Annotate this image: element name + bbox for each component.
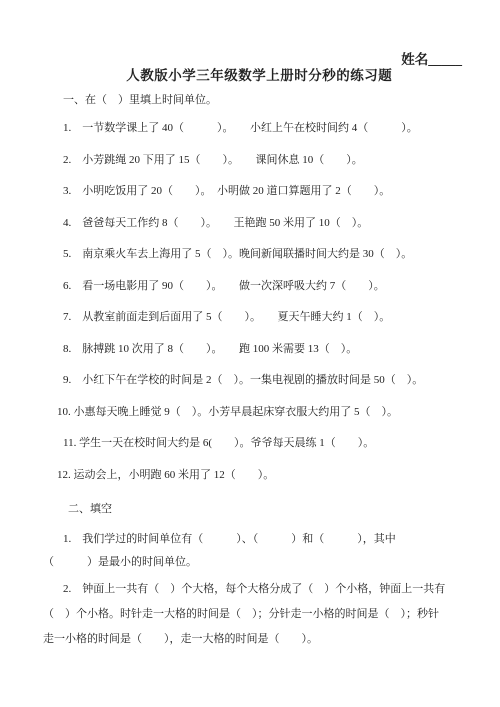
fill-in-question-2: 2. 钟面上一共有（ ）个大格，每个大格分成了（ ）个小格，钟面上一共有 （ ）…	[43, 583, 462, 646]
section-one-heading: 一、在（ ）里填上时间单位。	[63, 94, 462, 107]
fill-in-question-2-line-3: 走一小格的时间是（ ），走一大格的时间是（ ）。	[43, 633, 462, 646]
section-two-heading: 二、填空	[68, 503, 462, 516]
question-line-10: 10. 小惠每天晚上睡觉 9（ ）。小芳早晨起床穿衣服大约用了 5（ ）。	[57, 406, 462, 419]
fill-in-question-1-line-2: （ ）是最小的时间单位。	[43, 556, 462, 569]
name-label: 姓名	[401, 52, 428, 67]
fill-in-question-2-line-1: 2. 钟面上一共有（ ）个大格，每个大格分成了（ ）个小格，钟面上一共有	[63, 583, 462, 596]
question-line-7: 7. 从教室前面走到后面用了 5（ ）。 夏天午睡大约 1（ ）。	[63, 311, 462, 324]
name-blank: _____	[428, 52, 462, 67]
question-line-2: 2. 小芳跳绳 20 下用了 15（ ）。 课间休息 10（ ）。	[63, 154, 462, 167]
section-one-questions: 1. 一节数学课上了 40（ ）。 小红上午在校时间约 4（ ）。 2. 小芳跳…	[43, 122, 462, 482]
title-row: 人教版小学三年级数学上册时分秒的练习题 姓名_____	[43, 52, 462, 68]
name-field: 姓名_____	[401, 52, 462, 68]
question-line-1: 1. 一节数学课上了 40（ ）。 小红上午在校时间约 4（ ）。	[63, 122, 462, 135]
question-line-9: 9. 小红下午在学校的时间是 2（ ）。一集电视剧的播放时间是 50（ ）。	[63, 374, 462, 387]
fill-in-question-2-line-2: （ ）个小格。时针走一大格的时间是（ ）；分针走一小格的时间是（ ）；秒针	[43, 608, 462, 621]
worksheet-page: 人教版小学三年级数学上册时分秒的练习题 姓名_____ 一、在（ ）里填上时间单…	[0, 0, 500, 707]
question-line-6: 6. 看一场电影用了 90（ ）。 做一次深呼吸大约 7（ ）。	[63, 280, 462, 293]
question-line-11: 11. 学生一天在校时间大约是 6( ）。爷爷每天晨练 1（ ）。	[63, 437, 462, 450]
question-line-4: 4. 爸爸每天工作约 8（ ）。 王艳跑 50 米用了 10（ ）。	[63, 217, 462, 230]
page-title: 人教版小学三年级数学上册时分秒的练习题	[126, 68, 392, 83]
question-line-5: 5. 南京乘火车去上海用了 5（ ）。晚间新闻联播时间大约是 30（ ）。	[63, 248, 462, 261]
fill-in-question-1: 1. 我们学过的时间单位有（ ）、（ ）和（ ），其中 （ ）是最小的时间单位。	[43, 533, 462, 569]
question-line-12: 12. 运动会上，小明跑 60 米用了 12（ ）。	[57, 469, 462, 482]
question-line-3: 3. 小明吃饭用了 20（ ）。 小明做 20 道口算题用了 2（ ）。	[63, 185, 462, 198]
fill-in-question-1-line-1: 1. 我们学过的时间单位有（ ）、（ ）和（ ），其中	[63, 533, 462, 546]
question-line-8: 8. 脉搏跳 10 次用了 8（ ）。 跑 100 米需要 13（ ）。	[63, 343, 462, 356]
